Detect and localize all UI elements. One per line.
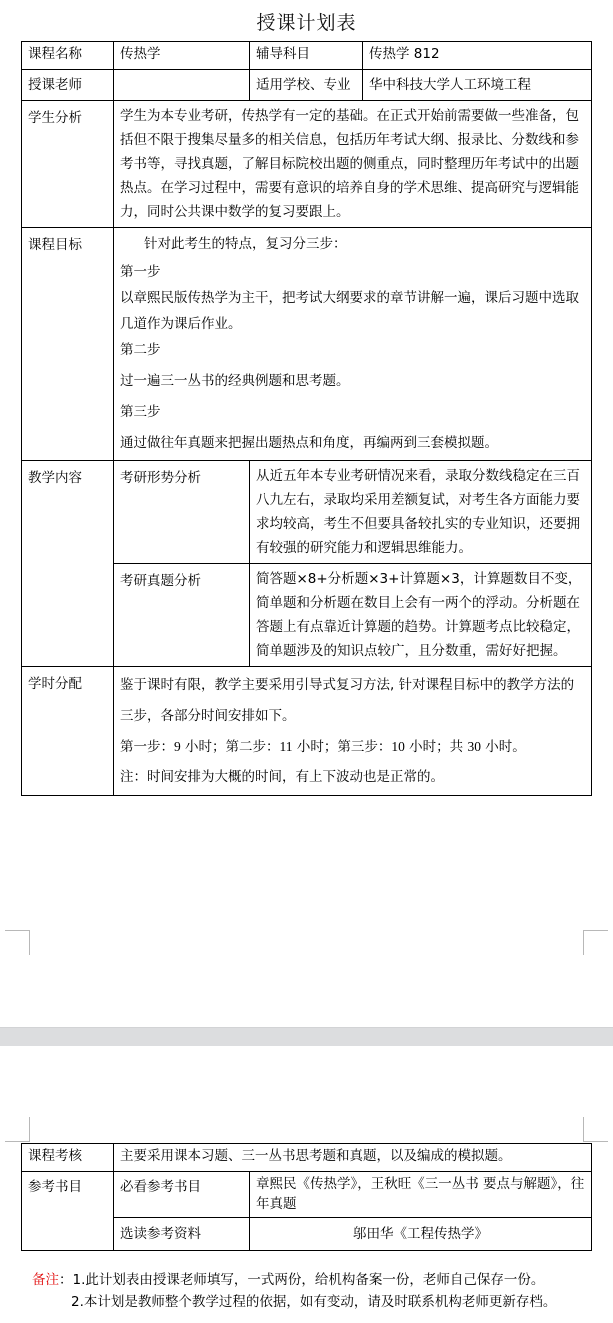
teaching-content-1-text[interactable]: 从近五年本专业考研情况来看，录取分数线稳定在三百八九左右，录取均采用差额复试，对… (250, 461, 592, 564)
row-student-analysis: 学生分析 学生为本专业考研，传热学有一定的基础。在正式开始前需要做一些准备，包括… (22, 101, 592, 228)
hours-content[interactable]: 鉴于课时有限，教学主要采用引导式复习方法, 针对课程目标中的教学方法的三步，各部… (114, 667, 592, 796)
hours-label: 学时分配 (22, 667, 114, 796)
remark-1: 1.此计划表由授课老师填写，一式两份，给机构备案一份，老师自己保存一份。 (73, 1272, 545, 1288)
hours-text: 鉴于课时有限，教学主要采用引导式复习方法, 针对课程目标中的教学方法的三步，各部… (120, 670, 585, 732)
teacher-label: 授课老师 (22, 70, 114, 101)
row-references-required: 参考书目 必看参考书目 章熙民《传热学》，王秋旺《三一丛书 要点与解题》，往年真… (22, 1172, 592, 1218)
student-analysis-label: 学生分析 (22, 101, 114, 228)
course-goals-label: 课程目标 (22, 228, 114, 461)
school-label: 适用学校、专业 (250, 70, 363, 101)
goal-step-2-title: 第二步 (120, 337, 585, 363)
remark-line-1: 备注：1.此计划表由授课老师填写，一式两份，给机构备案一份，老师自己保存一份。 (32, 1269, 556, 1291)
row-teaching-content-1: 教学内容 考研形势分析 从近五年本专业考研情况来看，录取分数线稳定在三百八九左右… (22, 461, 592, 564)
row-course-goals: 课程目标 针对此考生的特点，复习分三步： 第一步 以章熙民版传热学为主干，把考试… (22, 228, 592, 461)
hours-step3-value: 10 (391, 739, 405, 754)
page-corner-mark (5, 930, 30, 955)
remarks: 备注：1.此计划表由授课老师填写，一式两份，给机构备案一份，老师自己保存一份。 … (32, 1269, 556, 1313)
lesson-plan-table: 课程名称 传热学 辅导科目 传热学 812 授课老师 适用学校、专业 华中科技大… (21, 41, 592, 796)
references-optional-label: 选读参考资料 (114, 1218, 250, 1251)
hours-step1-value: 9 (174, 739, 181, 754)
row-teacher: 授课老师 适用学校、专业 华中科技大学人工环境工程 (22, 70, 592, 101)
subject-value[interactable]: 传热学 812 (363, 42, 592, 70)
teaching-content-label: 教学内容 (22, 461, 114, 667)
course-goals-content[interactable]: 针对此考生的特点，复习分三步： 第一步 以章熙民版传热学为主干，把考试大纲要求的… (114, 228, 592, 461)
hours-total-value: 30 (467, 739, 481, 754)
course-name-label: 课程名称 (22, 42, 114, 70)
hours-unit: 小时。 (485, 739, 526, 755)
assessment-label: 课程考核 (22, 1144, 114, 1172)
hours-breakdown: 第一步：9 小时；第二步：11 小时；第三步：10 小时；共 30 小时。 (120, 732, 585, 762)
row-assessment: 课程考核 主要采用课本习题、三一丛书思考题和真题，以及编成的模拟题。 (22, 1144, 592, 1172)
school-value[interactable]: 华中科技大学人工环境工程 (363, 70, 592, 101)
hours-note: 注：时间安排为大概的时间，有上下波动也是正常的。 (120, 762, 585, 792)
page-corner-mark (5, 1117, 30, 1142)
remark-2: 2.本计划是教师整个教学过程的依据，如有变动，请及时联系机构老师更新存档。 (32, 1291, 556, 1313)
student-analysis-text[interactable]: 学生为本专业考研，传热学有一定的基础。在正式开始前需要做一些准备，包括但不限于搜… (114, 101, 592, 228)
course-name-value[interactable]: 传热学 (114, 42, 250, 70)
row-course-name: 课程名称 传热学 辅导科目 传热学 812 (22, 42, 592, 70)
references-optional-text[interactable]: 邬田华《工程传热学》 (250, 1218, 592, 1251)
hours-step2-value: 11 (280, 739, 293, 754)
goal-step-3-text: 通过做往年真题来把握出题热点和角度，再编两到三套模拟题。 (120, 430, 585, 456)
remarks-colon: ： (59, 1272, 73, 1288)
course-goals-intro: 针对此考生的特点，复习分三步： (120, 231, 585, 257)
page-corner-mark (583, 930, 608, 955)
row-hours: 学时分配 鉴于课时有限，教学主要采用引导式复习方法, 针对课程目标中的教学方法的… (22, 667, 592, 796)
hours-step1-label: 第一步： (120, 739, 174, 755)
goal-step-1-title: 第一步 (120, 259, 585, 285)
remarks-label: 备注 (32, 1272, 59, 1288)
page-corner-mark (583, 1117, 608, 1142)
teaching-content-1-label: 考研形势分析 (114, 461, 250, 564)
references-label: 参考书目 (22, 1172, 114, 1251)
page-1: 授课计划表 课程名称 传热学 辅导科目 传热学 812 授课老师 适用学校、专业… (0, 0, 613, 1027)
teaching-content-2-text[interactable]: 简答题×8+分析题×3+计算题×3，计算题数目不变，简单题和分析题在数目上会有一… (250, 564, 592, 667)
references-required-text[interactable]: 章熙民《传热学》，王秋旺《三一丛书 要点与解题》，往年真题 (250, 1172, 592, 1218)
lesson-plan-table-continued: 课程考核 主要采用课本习题、三一丛书思考题和真题，以及编成的模拟题。 参考书目 … (21, 1143, 592, 1251)
page-separator (0, 1027, 613, 1047)
document-title: 授课计划表 (0, 8, 613, 35)
goal-step-2-text: 过一遍三一丛书的经典例题和思考题。 (120, 368, 585, 394)
teaching-content-2-label: 考研真题分析 (114, 564, 250, 667)
goal-step-3-title: 第三步 (120, 399, 585, 425)
assessment-text[interactable]: 主要采用课本习题、三一丛书思考题和真题，以及编成的模拟题。 (114, 1144, 592, 1172)
references-required-label: 必看参考书目 (114, 1172, 250, 1218)
teacher-value[interactable] (114, 70, 250, 101)
hours-step2-label: 小时；第二步： (185, 739, 280, 755)
goal-step-1-text: 以章熙民版传热学为主干，把考试大纲要求的章节讲解一遍，课后习题中选取几道作为课后… (120, 285, 585, 337)
hours-step3-label: 小时；第三步： (297, 739, 392, 755)
subject-label: 辅导科目 (250, 42, 363, 70)
hours-total-label: 小时；共 (409, 739, 463, 755)
